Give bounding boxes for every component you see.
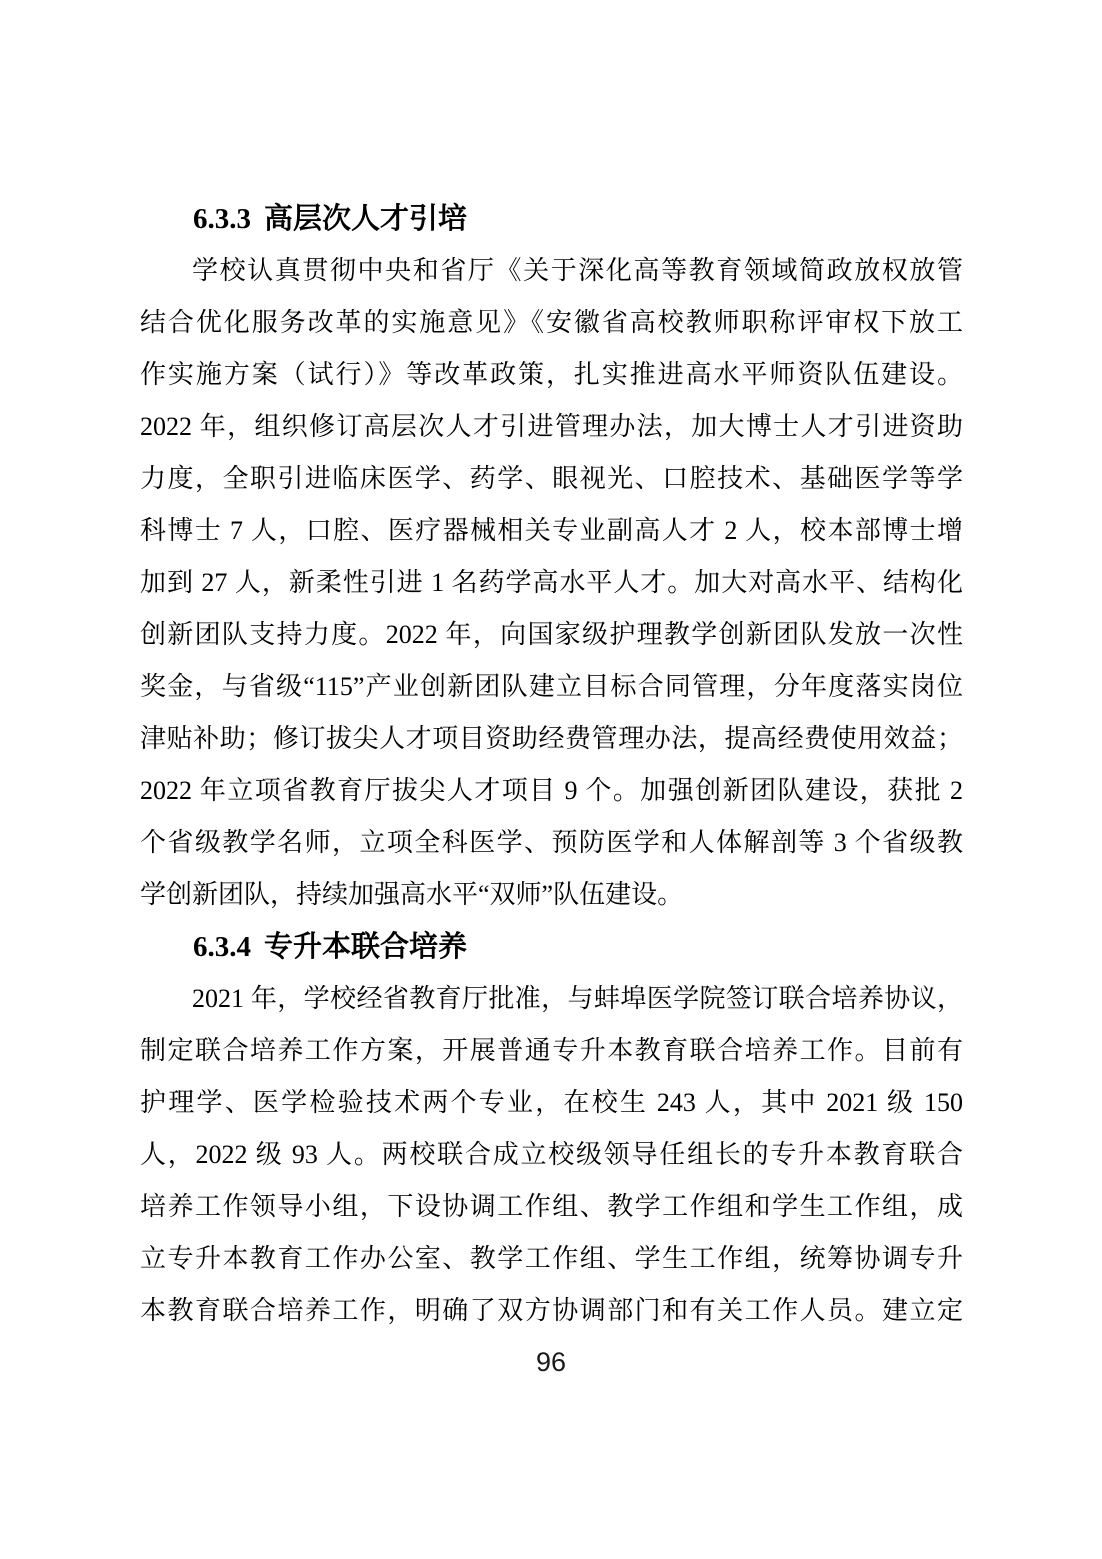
section-heading-number: 6.3.3: [193, 203, 251, 235]
section-heading-title: 专升本联合培养: [264, 931, 467, 963]
text-line: 2021 年，学校经省教育厅批准，与蚌埠医学院签订联合培养协议，: [140, 973, 963, 1025]
text-line: 2022 年立项省教育厅拔尖人才项目 9 个。加强创新团队建设，获批 2: [140, 765, 963, 817]
section-heading-title: 高层次人才引培: [264, 203, 467, 235]
section-heading-number: 6.3.4: [193, 931, 251, 963]
page-number: 96: [0, 1336, 1102, 1388]
text-line: 创新团队支持力度。2022 年，向国家级护理教学创新团队发放一次性: [140, 609, 963, 661]
document-page: 6.3.3高层次人才引培学校认真贯彻中央和省厅《关于深化高等教育领域简政放权放管…: [0, 0, 1102, 1559]
text-line: 奖金，与省级“115”产业创新团队建立目标合同管理，分年度落实岗位: [140, 661, 963, 713]
text-line: 科博士 7 人，口腔、医疗器械相关专业副高人才 2 人，校本部博士增: [140, 505, 963, 557]
text-line: 护理学、医学检验技术两个专业，在校生 243 人，其中 2021 级 150: [140, 1077, 963, 1129]
text-line: 力度，全职引进临床医学、药学、眼视光、口腔技术、基础医学等学: [140, 453, 963, 505]
text-line: 加到 27 人，新柔性引进 1 名药学高水平人才。加大对高水平、结构化: [140, 557, 963, 609]
section-heading: 6.3.4专升本联合培养: [140, 921, 963, 973]
text-line: 个省级教学名师，立项全科医学、预防医学和人体解剖等 3 个省级教: [140, 817, 963, 869]
text-line: 学创新团队，持续加强高水平“双师”队伍建设。: [140, 869, 963, 921]
text-line: 作实施方案（试行）》等改革政策，扎实推进高水平师资队伍建设。: [140, 349, 963, 401]
document-section: 6.3.3高层次人才引培学校认真贯彻中央和省厅《关于深化高等教育领域简政放权放管…: [140, 193, 963, 921]
text-line: 学校认真贯彻中央和省厅《关于深化高等教育领域简政放权放管: [140, 245, 963, 297]
text-line: 立专升本教育工作办公室、教学工作组、学生工作组，统筹协调专升: [140, 1233, 963, 1285]
text-line: 2022 年，组织修订高层次人才引进管理办法，加大博士人才引进资助: [140, 401, 963, 453]
document-section: 6.3.4专升本联合培养2021 年，学校经省教育厅批准，与蚌埠医学院签订联合培…: [140, 921, 963, 1337]
text-line: 人，2022 级 93 人。两校联合成立校级领导任组长的专升本教育联合: [140, 1129, 963, 1181]
text-line: 培养工作领导小组，下设协调工作组、教学工作组和学生工作组，成: [140, 1181, 963, 1233]
text-line: 津贴补助；修订拔尖人才项目资助经费管理办法，提高经费使用效益；: [140, 713, 963, 765]
text-line: 结合优化服务改革的实施意见》《安徽省高校教师职称评审权下放工: [140, 297, 963, 349]
page-content: 6.3.3高层次人才引培学校认真贯彻中央和省厅《关于深化高等教育领域简政放权放管…: [140, 193, 963, 1337]
text-line: 本教育联合培养工作，明确了双方协调部门和有关工作人员。建立定: [140, 1285, 963, 1337]
text-line: 制定联合培养工作方案，开展普通专升本教育联合培养工作。目前有: [140, 1025, 963, 1077]
section-heading: 6.3.3高层次人才引培: [140, 193, 963, 245]
